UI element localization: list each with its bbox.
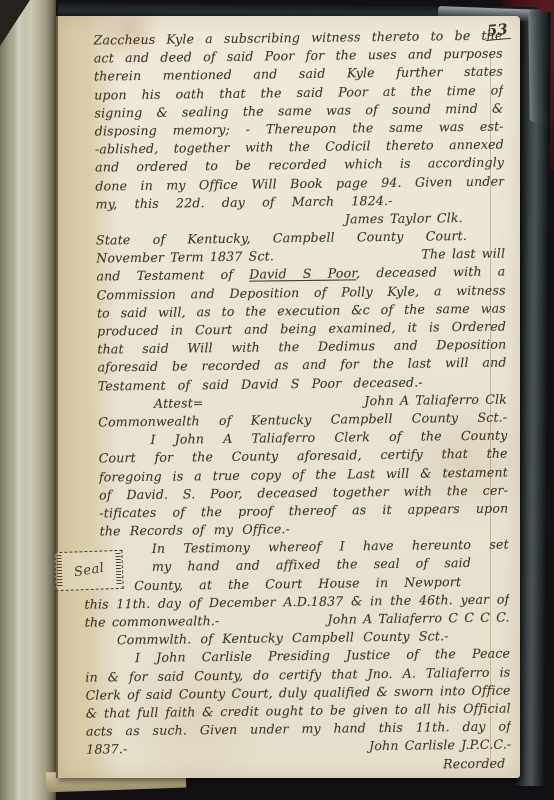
metal-corner-protector-side	[528, 10, 545, 122]
line-segment: , deceased with a	[356, 264, 506, 281]
year-notation: 1837.-	[86, 740, 127, 759]
underlined-name: David S Poor	[249, 266, 356, 282]
seal-label: Seal	[73, 561, 105, 581]
clerk-signature: John A Taliaferro Clk	[364, 390, 507, 410]
photographed-will-book-page: { "page": { "number": "53" }, "seal": { …	[0, 0, 554, 800]
manuscript-text: Zaccheus Kyle a subscribing witness ther…	[93, 27, 511, 778]
justice-signature: John Carlisle J.P.C.C.-	[369, 736, 511, 756]
page-edge-highlight	[14, 0, 24, 800]
clerk-signature: John A Taliaferro C C C C.	[327, 608, 509, 628]
line-left: November Term 1837 Sct.	[96, 248, 274, 268]
line-right: The last will	[421, 245, 505, 264]
seal-box: Seal	[54, 550, 123, 591]
line-segment: and Testament of	[96, 267, 249, 284]
line-left: the commonwealth.-	[85, 612, 220, 632]
book-page-edges-left	[0, 0, 56, 800]
line-left: Attest=	[154, 394, 204, 413]
book-cover-right-edge	[515, 12, 550, 786]
